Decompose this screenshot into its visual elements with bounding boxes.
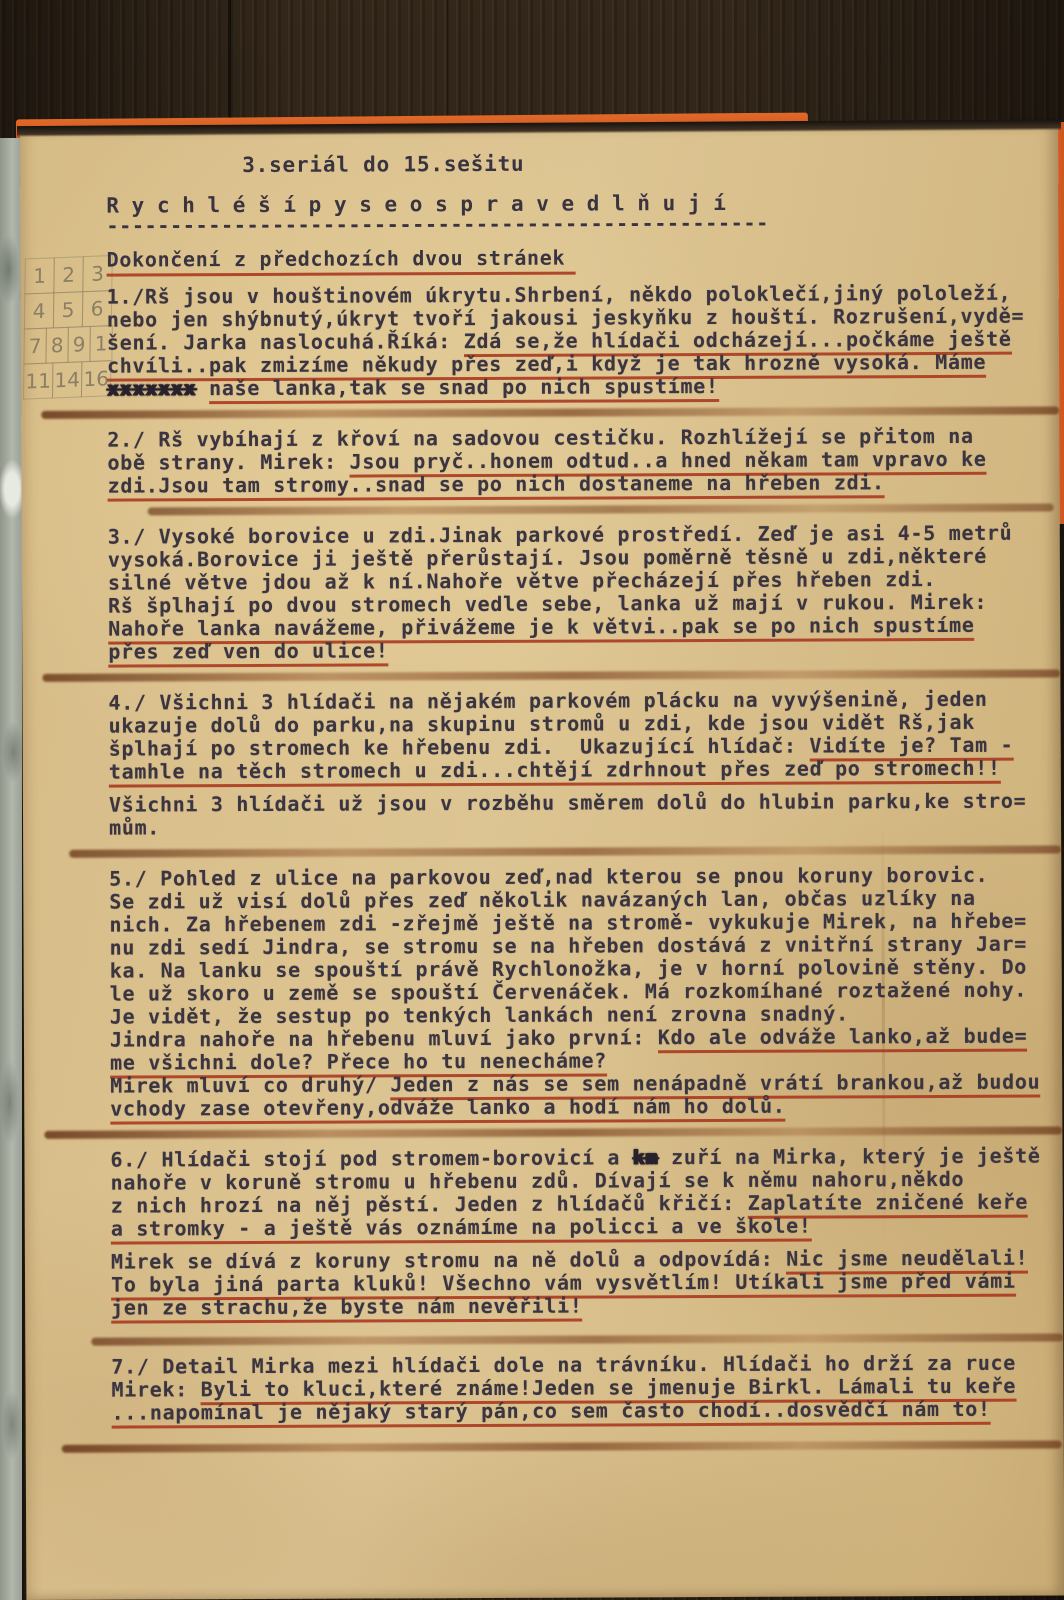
document-page: 1234567891111416 3.seriál do 15.sešitu R…: [20, 123, 1064, 1600]
document-body: 1./Rš jsou v houštinovém úkrytu.Shrbení,…: [107, 282, 1046, 1453]
divider-smudge: [41, 406, 1059, 418]
text-line: tamhle na těch stromech u zdi...chtějí z…: [109, 757, 1043, 784]
page-content: 3.seriál do 15.sešitu R y c h l é š í p …: [20, 123, 1064, 1453]
typed-text: le už skoro u země se spouští Červenáček…: [110, 978, 1027, 1006]
text-line: z nich hrozí na něj pěstí. Jeden z hlída…: [111, 1191, 1045, 1218]
struck-out-text: km: [633, 1145, 659, 1169]
typed-text: Mirek mluví co druhý/: [110, 1072, 390, 1097]
title-dashed-underline: ----------------------------------------…: [106, 214, 1040, 234]
red-underlined-text: ...napomínal je nějaký starý pán,co sem …: [112, 1397, 991, 1429]
subtitle-row: Dokončení z předchozích dvou stránek: [107, 244, 1041, 274]
wood-seam: [447, 0, 448, 130]
text-line: Nahoře lanka navážeme, přivážeme je k vě…: [108, 614, 1042, 641]
text-line: le už skoro u země se spouští Červenáček…: [110, 979, 1044, 1006]
divider-smudge: [91, 1333, 1063, 1345]
wood-seam: [228, 0, 231, 134]
red-underlined-text: a stromky - a ještě vás oznámíme na poli…: [111, 1214, 812, 1245]
text-line: ...napomínal je nějaký starý pán,co sem …: [112, 1398, 1046, 1425]
paragraph-6b: Mirek se dívá z koruny stromu na ně dolů…: [111, 1247, 1045, 1320]
text-line: Všichni 3 hlídači už jsou v rozběhu směr…: [109, 790, 1043, 817]
divider-smudge: [148, 503, 1054, 515]
photo-background: 1234567891111416 3.seriál do 15.sešitu R…: [0, 0, 1064, 1600]
text-line: Jindra nahoře na hřebenu mluví jako prvn…: [110, 1025, 1044, 1052]
typed-text: obě strany. Mirek:: [107, 450, 349, 475]
red-underlined-text: zdi.Jsou tam stromy..snad se po nich dos…: [108, 470, 885, 501]
paragraph-1: 1./Rš jsou v houštinovém úkrytu.Shrbení,…: [107, 282, 1041, 401]
red-underlined-text: přes zeď ven do ulice!: [108, 638, 388, 667]
red-underlined-text: vchody zase otevřeny,odváže lanko a hodí…: [110, 1094, 785, 1125]
divider-smudge: [44, 1126, 1062, 1138]
paragraph-4b: Všichni 3 hlídači už jsou v rozběhu směr…: [109, 790, 1043, 840]
typed-text: 6./ Hlídači stojí pod stromem-borovicí a: [110, 1145, 632, 1171]
paragraph-4: 4./ Všichni 3 hlídači na nějakém parkové…: [108, 688, 1042, 784]
red-underlined-text: jen ze strachu,že byste nám nevěřili!: [111, 1294, 583, 1324]
text-line: chvíli..pak zmizíme někudy přes zeď,i kd…: [107, 351, 1041, 378]
subtitle: Dokončení z předchozích dvou stránek: [107, 246, 576, 277]
sleeve-edge-strip: [0, 138, 22, 1600]
text-line: mům.: [109, 813, 1043, 840]
paragraph-6: 6./ Hlídači stojí pod stromem-borovicí a…: [110, 1145, 1044, 1241]
typed-text: Všichni 3 hlídači už jsou v rozběhu směr…: [109, 789, 1026, 817]
red-underlined-text: Kdo ale odváže lanko,až bude=: [658, 1024, 1028, 1054]
paragraph-3: 3./ Vysoké borovice u zdi.Jinak parkové …: [108, 522, 1043, 664]
typed-text: šení. Jarka naslocuhá.Říká:: [107, 329, 464, 355]
header-note: 3.seriál do 15.sešitu: [242, 150, 1040, 177]
paragraph-5: 5./ Pohled z ulice na parkovou zeď,nad k…: [109, 864, 1044, 1121]
typed-text: [196, 376, 209, 400]
text-line: To byla jiná parta kluků! Všechno vám vy…: [111, 1270, 1045, 1297]
text-line: obě strany. Mirek: Jsou pryč..honem odtu…: [107, 448, 1041, 475]
text-line: Mirek mluví co druhý/ Jeden z nás se sem…: [110, 1071, 1044, 1098]
red-underlined-text: tamhle na těch stromech u zdi...chtějí z…: [109, 756, 1001, 788]
divider-smudge: [42, 669, 1060, 681]
divider-smudge: [69, 845, 1061, 857]
struck-out-text: xxxxxxx: [107, 376, 196, 400]
typed-text: Mirek:: [111, 1377, 200, 1401]
divider-smudge: [62, 1440, 1062, 1452]
typed-text: zuří na Mirka, který je ještě: [658, 1144, 1040, 1170]
red-underlined-text: naše lanka,tak se snad po nich spustíme!: [209, 374, 719, 404]
paragraph-7: 7./ Detail Mirka mezi hlídači dole na tr…: [111, 1352, 1045, 1425]
typed-text: mům.: [109, 815, 160, 839]
paragraph-2: 2./ Rš vybíhají z křoví na sadovou cesti…: [107, 425, 1041, 498]
